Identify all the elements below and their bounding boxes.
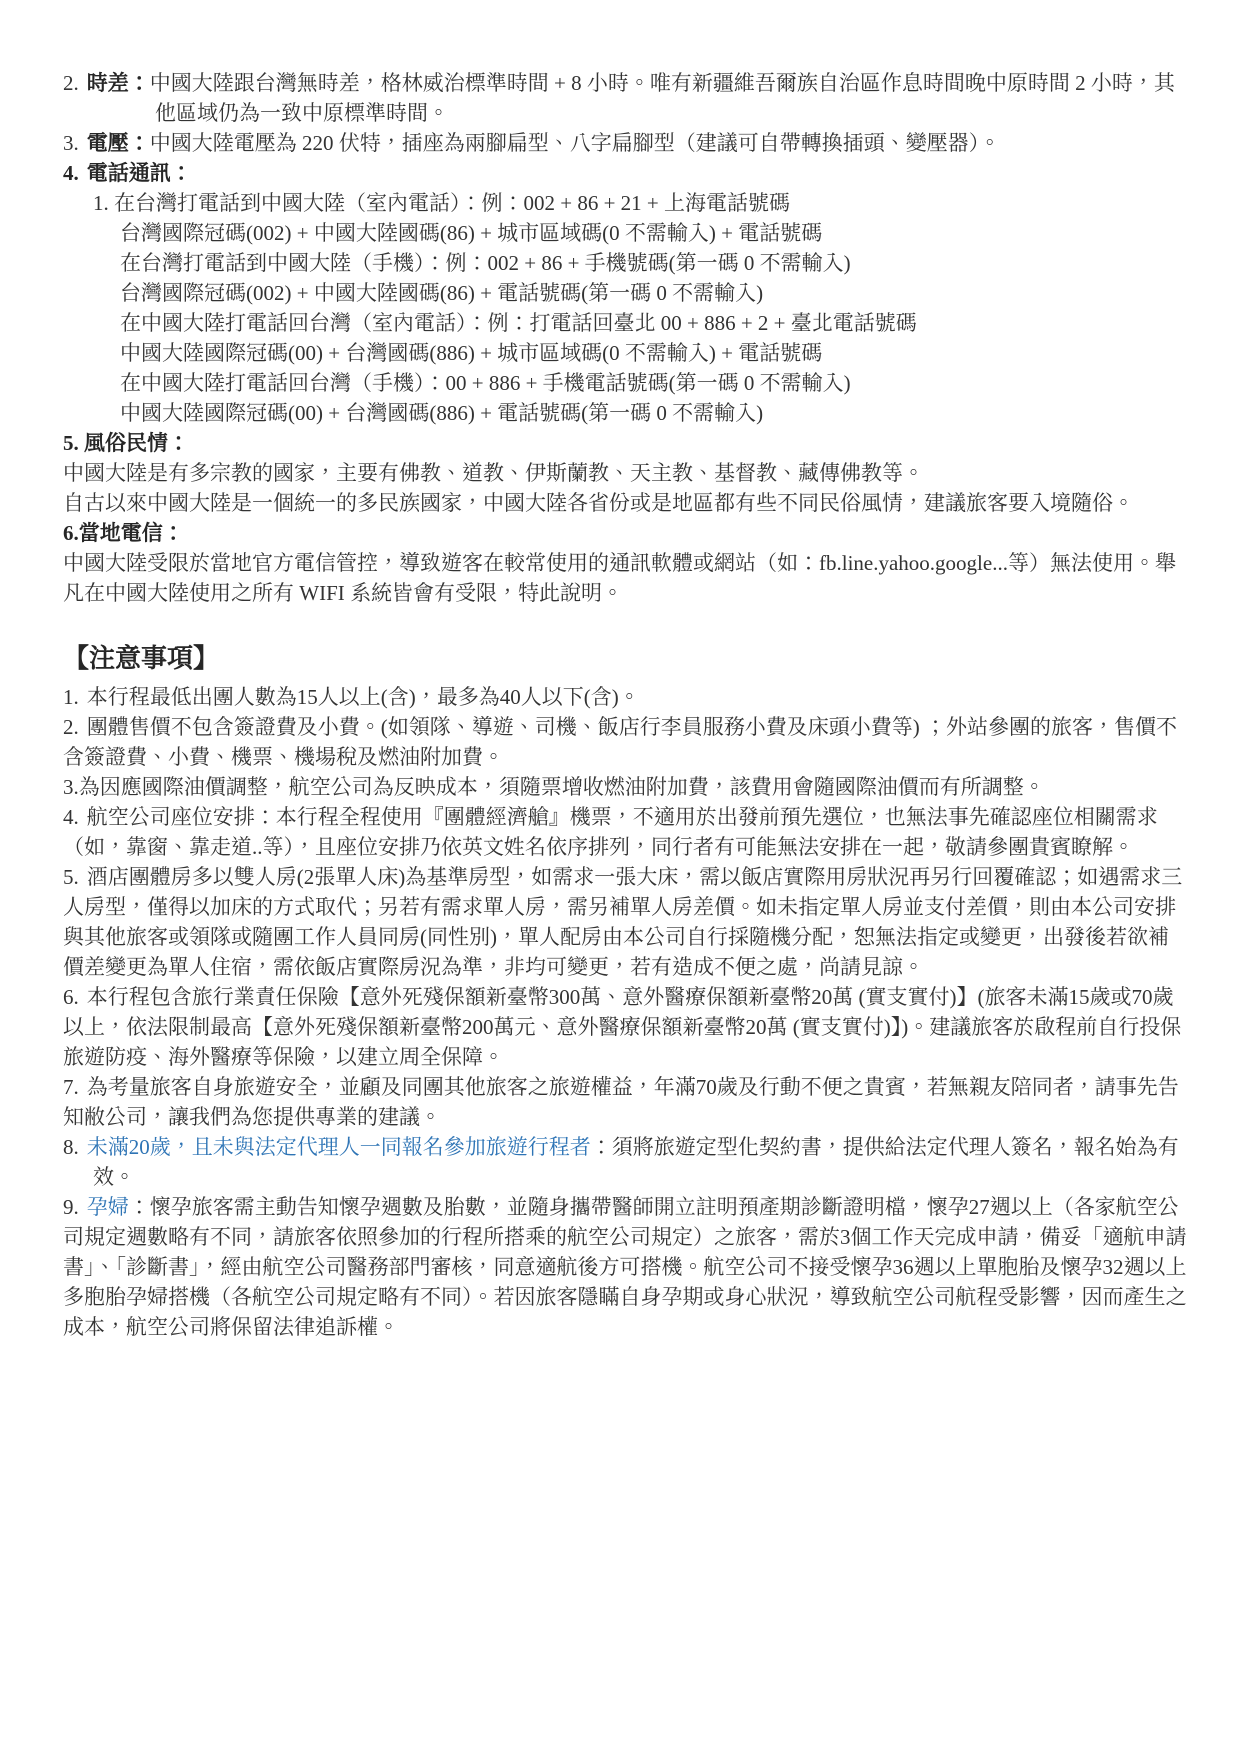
item-number: 4. [63,805,79,829]
item-label: 時差： [87,71,150,95]
notice-item: 2.團體售價不包含簽證費及小費。(如領隊、導遊、司機、飯店行李員服務小費及床頭小… [63,712,1189,772]
item-number: 4. [63,161,79,185]
phone-instruction-line: 在台灣打電話到中國大陸（手機）：例：002 + 86 + 手機號碼(第一碼 0 … [120,248,1189,278]
item-number: 7. [63,1075,79,1099]
item-text: 中國大陸跟台灣無時差，格林威治標準時間 + 8 小時。唯有新疆維吾爾族自治區作息… [150,71,1175,125]
phone-instruction-line: 台灣國際冠碼(002) + 中國大陸國碼(86) + 電話號碼(第一碼 0 不需… [120,278,1189,308]
item-label: 電話通訊： [87,161,192,185]
list-item-voltage: 3.電壓：中國大陸電壓為 220 伏特，插座為兩腳扁型、八字扁腳型（建議可自帶轉… [63,128,1189,158]
notice-item: 7.為考量旅客自身旅遊安全，並顧及同團其他旅客之旅遊權益，年滿70歲及行動不便之… [63,1072,1189,1132]
item-number: 6. [63,985,79,1009]
item-label: 電壓： [87,131,150,155]
item-text: 航空公司座位安排：本行程全程使用『團體經濟艙』機票，不適用於出發前預先選位，也無… [63,805,1158,859]
item-number: 3. [63,775,79,799]
item-number: 8. [63,1135,79,1159]
list-item-time-difference: 2.時差：中國大陸跟台灣無時差，格林威治標準時間 + 8 小時。唯有新疆維吾爾族… [63,68,1189,128]
item-text: 本行程最低出團人數為15人以上(含)，最多為40人以下(含)。 [87,685,640,709]
item-number: 2. [63,71,79,95]
list-item-phone-heading: 4.電話通訊： [63,158,1189,188]
highlighted-text: 未滿20歲，且未與法定代理人一同報名參加旅遊行程者 [87,1135,591,1159]
item-number: 1. [63,685,79,709]
phone-instruction-line: 在中國大陸打電話回台灣（手機）：00 + 886 + 手機電話號碼(第一碼 0 … [120,368,1189,398]
item-text: 酒店團體房多以雙人房(2張單人床)為基準房型，如需求一張大床，需以飯店實際用房狀… [63,865,1182,979]
customs-paragraph: 自古以來中國大陸是一個統一的多民族國家，中國大陸各省份或是地區都有些不同民俗風情… [63,488,1189,518]
phone-instruction-line: 台灣國際冠碼(002) + 中國大陸國碼(86) + 城市區域碼(0 不需輸入)… [120,218,1189,248]
notice-item-pregnancy: 9.孕婦：懷孕旅客需主動告知懷孕週數及胎數，並隨身攜帶醫師開立註明預產期診斷證明… [63,1192,1189,1342]
notice-item: 5.酒店團體房多以雙人房(2張單人床)為基準房型，如需求一張大床，需以飯店實際用… [63,862,1189,982]
item-text: 團體售價不包含簽證費及小費。(如領隊、導遊、司機、飯店行李員服務小費及床頭小費等… [63,715,1177,769]
item-text: 為因應國際油價調整，航空公司為反映成本，須隨票增收燃油附加費，該費用會隨國際油價… [79,775,1045,799]
phone-instruction-line: 中國大陸國際冠碼(00) + 台灣國碼(886) + 城市區域碼(0 不需輸入)… [120,338,1189,368]
section-heading-telecom: 6.當地電信： [63,518,1189,548]
notice-item: 4.航空公司座位安排：本行程全程使用『團體經濟艙』機票，不適用於出發前預先選位，… [63,802,1189,862]
notice-item: 1.本行程最低出團人數為15人以上(含)，最多為40人以下(含)。 [63,682,1189,712]
item-text: 本行程包含旅行業責任保險【意外死殘保額新臺幣300萬、意外醫療保額新臺幣20萬 … [63,985,1181,1069]
item-number: 2. [63,715,79,739]
phone-instruction-line: 1. 在台灣打電話到中國大陸（室內電話）：例：002 + 86 + 21 + 上… [93,188,1189,218]
notice-item: 3.為因應國際油價調整，航空公司為反映成本，須隨票增收燃油附加費，該費用會隨國際… [63,772,1189,802]
highlighted-text: 孕婦 [87,1195,129,1219]
notice-item-minors: 8.未滿20歲，且未與法定代理人一同報名參加旅遊行程者：須將旅遊定型化契約書，提… [63,1132,1189,1192]
notice-section-title: 【注意事項】 [63,642,1189,676]
item-number: 3. [63,131,79,155]
customs-paragraph: 中國大陸是有多宗教的國家，主要有佛教、道教、伊斯蘭教、天主教、基督教、藏傳佛教等… [63,458,1189,488]
item-text: 為考量旅客自身旅遊安全，並顧及同團其他旅客之旅遊權益，年滿70歲及行動不便之貴賓… [63,1075,1179,1129]
item-text: 中國大陸電壓為 220 伏特，插座為兩腳扁型、八字扁腳型（建議可自帶轉換插頭、變… [150,131,1001,155]
section-heading-customs: 5. 風俗民情： [63,428,1189,458]
item-text: ：懷孕旅客需主動告知懷孕週數及胎數，並隨身攜帶醫師開立註明預產期診斷證明檔，懷孕… [63,1195,1187,1339]
phone-instruction-line: 在中國大陸打電話回台灣（室內電話）：例：打電話回臺北 00 + 886 + 2 … [120,308,1189,338]
telecom-paragraph: 中國大陸受限於當地官方電信管控，導致遊客在較常使用的通訊軟體或網站（如：fb.l… [63,548,1189,608]
notice-item: 6.本行程包含旅行業責任保險【意外死殘保額新臺幣300萬、意外醫療保額新臺幣20… [63,982,1189,1072]
document-page: 2.時差：中國大陸跟台灣無時差，格林威治標準時間 + 8 小時。唯有新疆維吾爾族… [0,0,1241,1755]
phone-instruction-line: 中國大陸國際冠碼(00) + 台灣國碼(886) + 電話號碼(第一碼 0 不需… [120,398,1189,428]
item-number: 9. [63,1195,79,1219]
item-number: 5. [63,865,79,889]
